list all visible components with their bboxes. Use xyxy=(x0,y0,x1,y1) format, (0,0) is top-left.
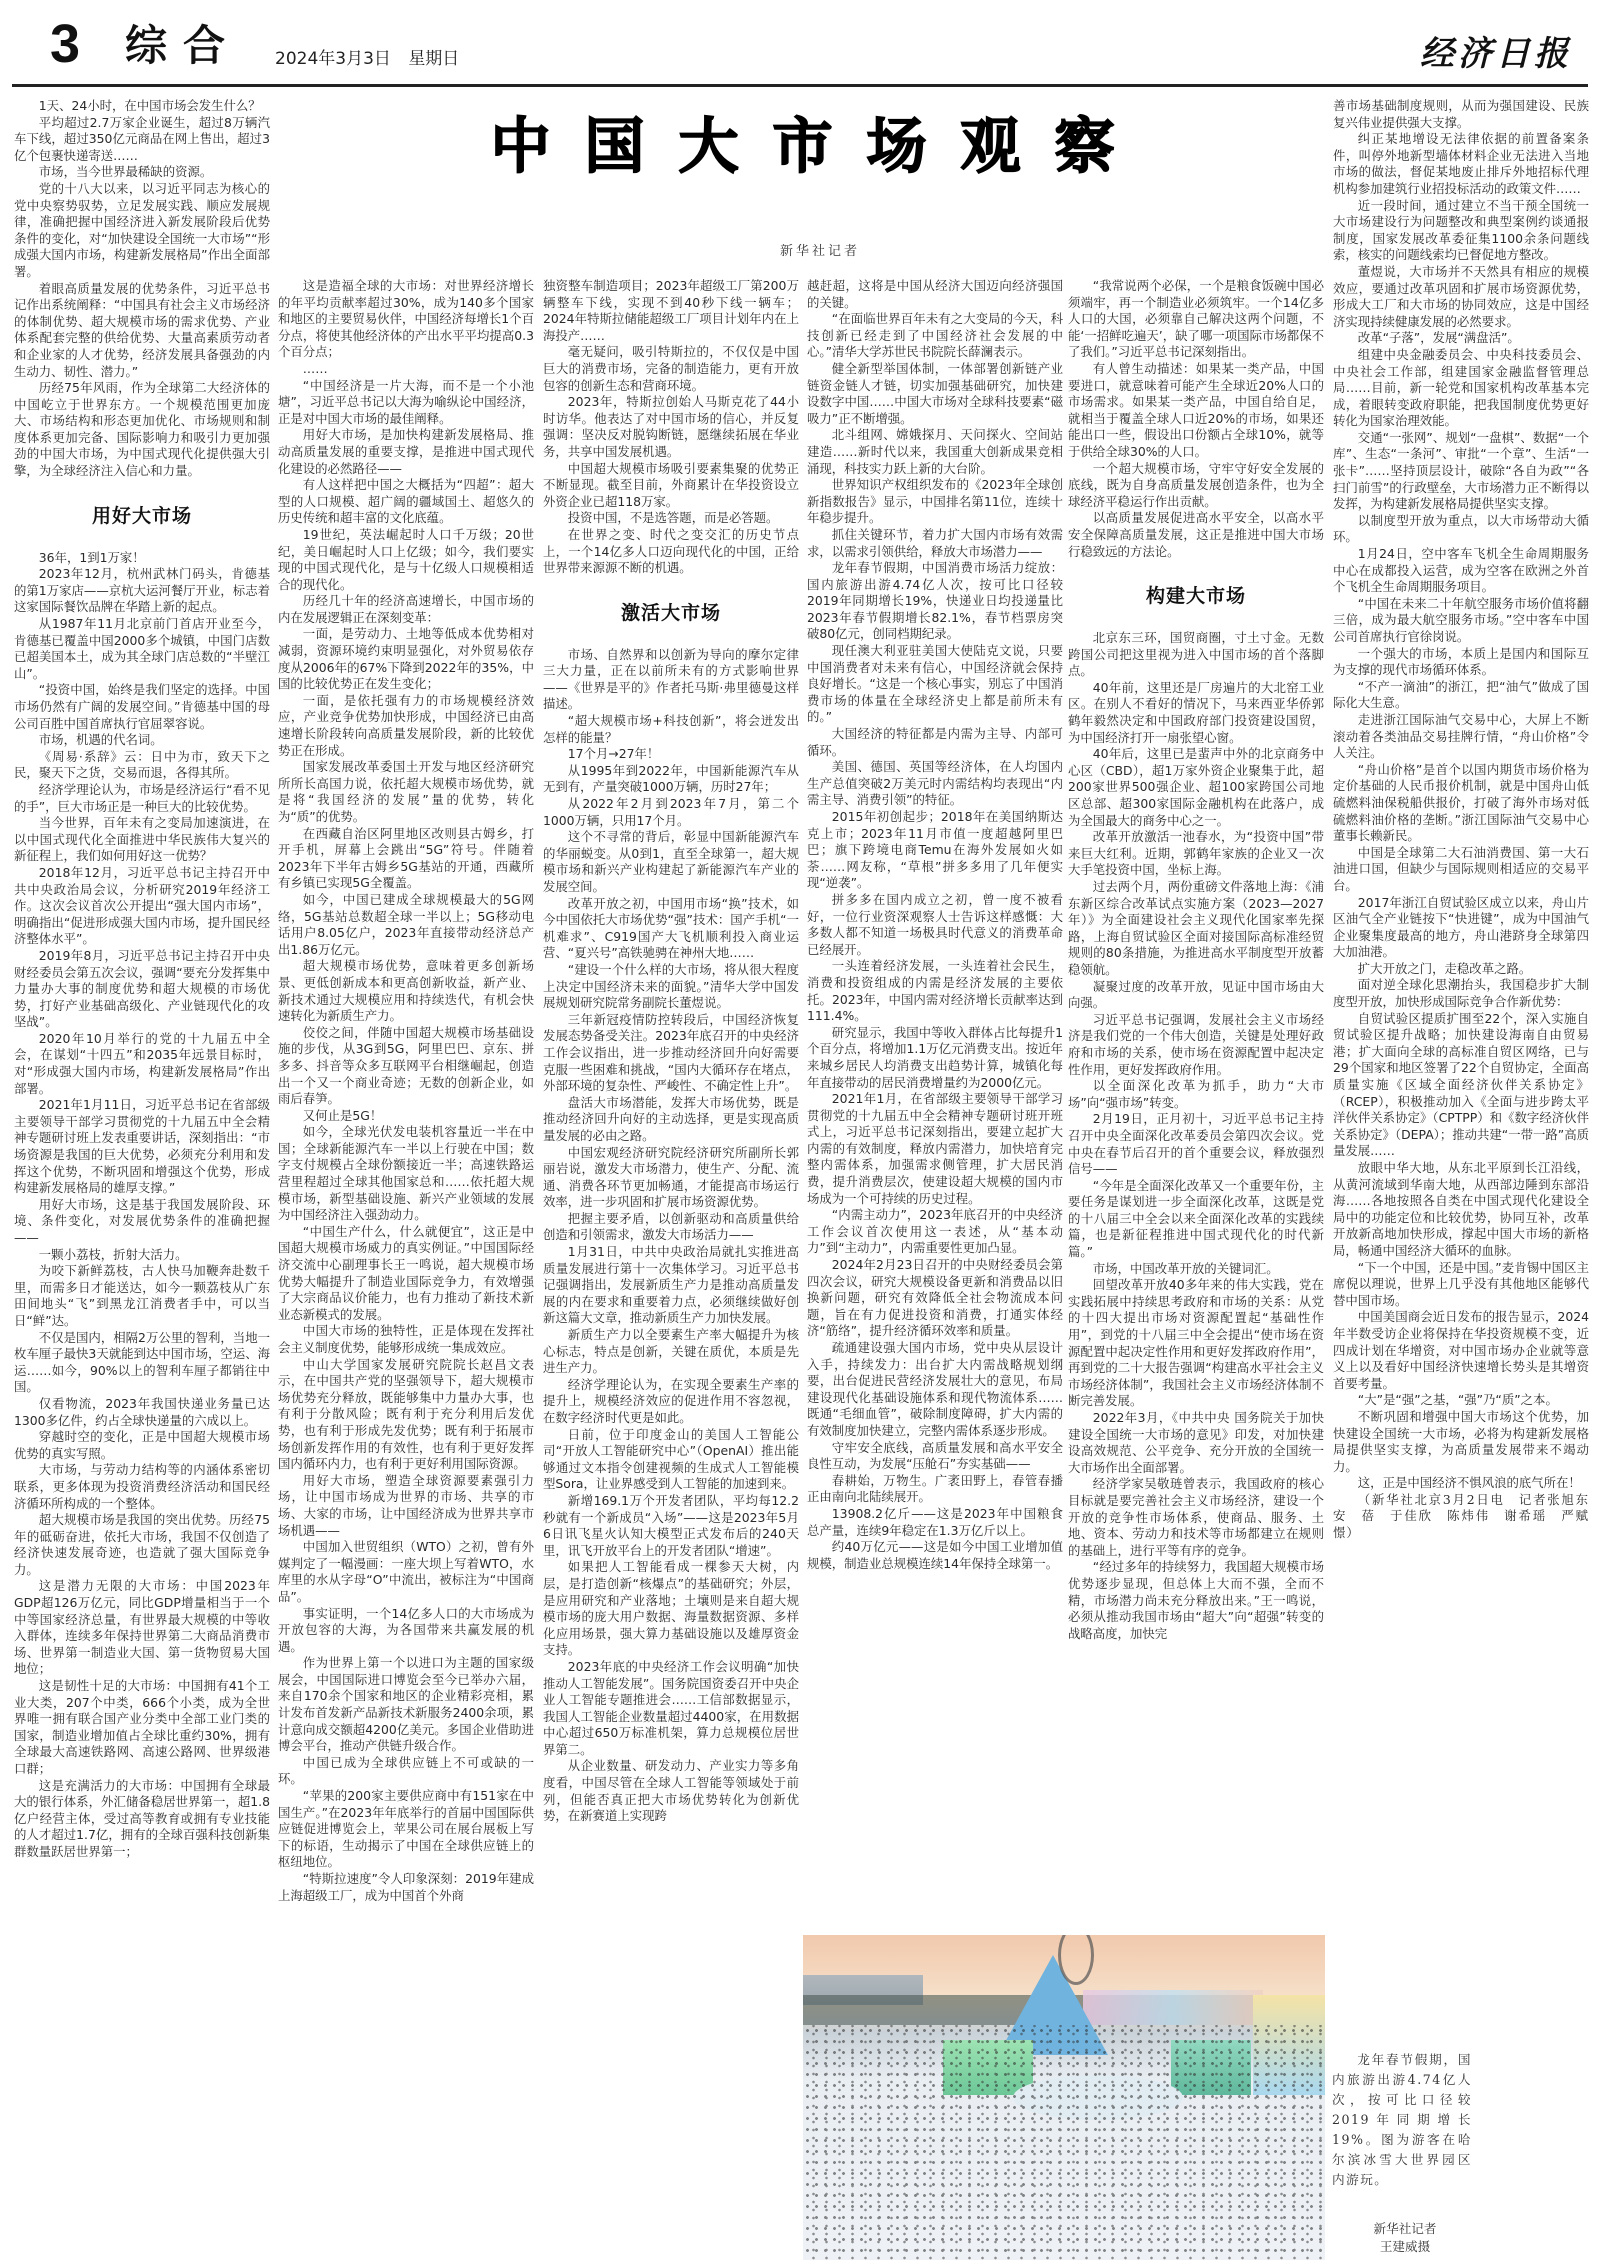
paragraph: 春耕始，万物生。广袤田野上，春管春播正由南向北陆续展开。 xyxy=(807,1473,1063,1506)
section-subhead: 用好大市场 xyxy=(14,502,270,530)
article-column-6: 善市场基础制度规则，从而为强国建设、民族复兴伟业提供强大支撑。纠正某地增设无法律… xyxy=(1333,98,1589,1928)
paragraph: “中国经济是一片大海，而不是一个小池塘”，习近平总书记以大海为喻纵论中国经济，正… xyxy=(278,378,534,428)
paragraph: 以全面深化改革为抓手，助力“大市场”向“强市场”转变。 xyxy=(1068,1078,1324,1111)
paragraph: 2020年10月举行的党的十九届五中全会，在谋划“十四五”和2035年远景目标时… xyxy=(14,1031,270,1097)
paragraph: 把握主要矛盾，以创新驱动和高质量供给创造和引领需求，激发大市场活力—— xyxy=(543,1211,799,1244)
paragraph: 市场，机遇的代名词。 xyxy=(14,732,270,749)
paragraph: 走进浙江国际油气交易中心，大屏上不断滚动着各类油品交易挂牌行情，“舟山价格”令人… xyxy=(1333,712,1589,762)
paragraph: 过去两个月，两份重磅文件落地上海：《浦东新区综合改革试点实施方案（2023—20… xyxy=(1068,879,1324,979)
paragraph: 2023年，特斯拉创始人马斯克花了44小时访华。他表达了对中国市场的信心，并反复… xyxy=(543,394,799,460)
paragraph: 北京东三环，国贸商圈，寸土寸金。无数跨国公司把这里视为进入中国市场的首个落脚点。 xyxy=(1068,630,1324,680)
paragraph: 1月24日，空中客车飞机全生命周期服务中心在成都投入运营，成为空客在欧洲之外首个… xyxy=(1333,546,1589,596)
paragraph: 这是造福全球的大市场：对世界经济增长的年平均贡献率超过30%，成为140多个国家… xyxy=(278,278,534,361)
paragraph: 着眼高质量发展的优势条件，习近平总书记作出系统阐释：“中国具有社会主义市场经济的… xyxy=(14,281,270,381)
paragraph: 抓住关键环节，着力扩大国内市场有效需求，以需求引领供给，释放大市场潜力—— xyxy=(807,527,1063,560)
paragraph: 1月31日，中共中央政治局就扎实推进高质量发展进行第十一次集体学习。习近平总书记… xyxy=(543,1244,799,1327)
paragraph: “舟山价格”是首个以国内期货市场价格为定价基础的人民币报价机制，就是中国舟山低硫… xyxy=(1333,762,1589,845)
dateline: （新华社北京3月2日电 记者张旭东 安 蓓 于佳欣 陈炜伟 谢希瑶 严赋憬） xyxy=(1333,1492,1589,1542)
paragraph: 改革“子落”，发展“满盘活”。 xyxy=(1333,330,1589,347)
paragraph: 如今，全球光伏发电装机容量近一半在中国；全球新能源汽车一半以上行驶在中国；数字支… xyxy=(278,1124,534,1224)
paragraph: 2021年1月11日，习近平总书记在省部级主要领导干部学习贯彻党的十九届五中全会… xyxy=(14,1097,270,1197)
paragraph: 这是韧性十足的大市场：中国拥有41个工业大类，207个中类，666个小类，成为全… xyxy=(14,1678,270,1778)
paragraph: 凝聚过度的改革开放，见证中国市场由大向强。 xyxy=(1068,979,1324,1012)
paragraph: 2023年12月，杭州武林门码头，肯德基的第1万家店——京杭大运河餐厅开业，标志… xyxy=(14,566,270,616)
masthead: 3 综合 2024年3月3日 星期日 经济日报 xyxy=(0,0,1600,84)
paragraph: 三年新冠疫情防控转段后，中国经济恢复发展态势备受关注。2023年底召开的中央经济… xyxy=(543,1012,799,1095)
article-column-3: 独资整车制造项目；2023年超级工厂第200万辆整车下线，实现不到40秒下线一辆… xyxy=(543,278,799,2263)
paragraph: 从2022年2月到2023年7月，第二个1000万辆，只用17个月。 xyxy=(543,796,799,829)
paragraph: 一面，是依托强有力的市场规模经济效应，产业竞争优势加快形成，中国经济已由高速增长… xyxy=(278,693,534,759)
paragraph: 独资整车制造项目；2023年超级工厂第200万辆整车下线，实现不到40秒下线一辆… xyxy=(543,278,799,344)
paragraph: 疏通建设强大国内市场，党中央从层设计入手，持续发力：出台扩大内需战略规划纲要，出… xyxy=(807,1340,1063,1440)
paragraph: 17个月→27年！ xyxy=(543,746,799,763)
paragraph: 毫无疑问，吸引特斯拉的，不仅仅是中国巨大的消费市场，完备的制造能力，更有开放包容… xyxy=(543,344,799,394)
paragraph: “中国在未来二十年航空服务市场价值将翻三倍，成为最大航空服务市场。”空中客车中国… xyxy=(1333,596,1589,646)
article-column-4: 越赶超，这将是中国从经济大国迈向经济强国的关键。“在面临世界百年未有之大变局的今… xyxy=(807,278,1063,1928)
byline: 新华社记者 xyxy=(640,240,1000,259)
section-subhead: 构建大市场 xyxy=(1068,582,1324,610)
paragraph: 交通“一张网”、规划“一盘棋”、数据“一个库”、生态“一条河”、审批“一个章”、… xyxy=(1333,430,1589,513)
paragraph: “下一个中国，还是中国。”麦肯锡中国区主席倪以理说，世界上几乎没有其他地区能够代… xyxy=(1333,1260,1589,1310)
paragraph: 市场，当今世界最稀缺的资源。 xyxy=(14,164,270,181)
paragraph: “中国生产什么，什么就便宜”，这正是中国超大规模市场威力的真实例证。”中国国际经… xyxy=(278,1224,534,1324)
paragraph: 不仅是国内，相隔2万公里的智利，当地一枚车厘子最快3天就能到达中国市场，空运、海… xyxy=(14,1330,270,1396)
paragraph: 平均超过2.7万家企业诞生，超过8万辆汽车下线，超过350亿元商品在网上售出，超… xyxy=(14,115,270,165)
paragraph: 在世界之变、时代之变交汇的历史节点上，一个14亿多人口迈向现代化的中国，正给世界… xyxy=(543,527,799,577)
paragraph: 2024年2月23日召开的中央财经委员会第四次会议，研究大规模设备更新和消费品以… xyxy=(807,1257,1063,1340)
photo-credit-name: 王建威摄 xyxy=(1340,2238,1470,2256)
paragraph: 2023年底的中央经济工作会议明确“加快推动人工智能发展”。国务院国资委召开中央… xyxy=(543,1659,799,1759)
paragraph: 又何止是5G！ xyxy=(278,1108,534,1125)
paragraph: 北斗组网、嫦娥探月、天问探火、空间站建造……新时代以来，我国重大创新成果竞相涌现… xyxy=(807,427,1063,477)
photo-caption-text: 龙年春节假期，国内旅游出游4.74亿人次，按可比口径较2019年同期增长19%。… xyxy=(1332,2050,1472,2190)
paragraph: “我常说两个必保，一个是粮食饭碗中国必须端牢，再一个制造业必须筑牢。一个14亿多… xyxy=(1068,278,1324,361)
masthead-rule xyxy=(12,84,1588,87)
paragraph: 面对逆全球化思潮抬头，我国稳步扩大制度型开放，加快形成国际竞争合作新优势： xyxy=(1333,977,1589,1010)
paragraph: 研究显示，我国中等收入群体占比每提升1个百分点，将增加1.1万亿元消费支出。按近… xyxy=(807,1025,1063,1091)
paragraph: 这是充满活力的大市场：中国拥有全球最大的银行体系，外汇储备稳居世界第一，超1.8… xyxy=(14,1778,270,1861)
paragraph: 有人这样把中国之大概括为“四超”：超大型的人口规模、超广阔的疆域国土、超悠久的历… xyxy=(278,477,534,527)
paragraph: 中国大市场的独特性，正是体现在发挥社会主义制度优势，能够形成统一集成效应。 xyxy=(278,1323,534,1356)
paragraph: 佼佼之间，伴随中国超大规模市场基础设施的步伐，从3G到5G，阿里巴巴、京东、拼多… xyxy=(278,1025,534,1108)
paragraph: 现任澳大利亚驻美国大使陆克文说，只要中国消费者对未来有信心，中国经济就会保持良好… xyxy=(807,643,1063,726)
paragraph: 如今，中国已建成全球规模最大的5G网络，5G基站总数超全球一半以上；5G移动电话… xyxy=(278,892,534,958)
paragraph: 一个超大规模市场，守牢守好安全发展的底线，既为自身高质量发展创造条件，也为全球经… xyxy=(1068,461,1324,511)
paragraph: 改革开放之初，中国用市场“换”技术，如今中国依托大市场优势“强”技术：国产手机“… xyxy=(543,896,799,962)
paragraph: 新质生产力以全要素生产率大幅提升为核心标志，特点是创新，关键在质优，本质是先进生… xyxy=(543,1327,799,1377)
paragraph: 这是潜力无限的大市场：中国2023年GDP超126万亿元，同比GDP增量相当于一… xyxy=(14,1578,270,1678)
paragraph: 扩大开放之门，走稳改革之路。 xyxy=(1333,961,1589,978)
paragraph: 2月19日，正月初十，习近平总书记主持召开中央全面深化改革委员会第四次会议。党中… xyxy=(1068,1111,1324,1177)
headline-text: 中国大市场观察 xyxy=(280,92,1325,202)
paragraph: 超大规模市场是我国的突出优势。历经75年的砥砺奋进，依托大市场，我国不仅创造了经… xyxy=(14,1512,270,1578)
paragraph: 中国宏观经济研究院经济研究所副所长郭丽岩说，激发大市场潜力，使生产、分配、流通、… xyxy=(543,1145,799,1211)
article-column-5: “我常说两个必保，一个是粮食饭碗中国必须端牢，再一个制造业必须筑牢。一个14亿多… xyxy=(1068,278,1324,1928)
paragraph: 19世纪，英法崛起时人口千万级；20世纪，美日崛起时人口上亿级；如今，我们要实现… xyxy=(278,527,534,593)
section-name: 综合 xyxy=(125,18,241,74)
paragraph: 2022年3月，《中共中央 国务院关于加快建设全国统一大市场的意见》印发，对加快… xyxy=(1068,1410,1324,1476)
paragraph: 用好大市场，是加快构建新发展格局、推动高质量发展的重要支撑，是推进中国式现代化建… xyxy=(278,427,534,477)
paragraph: 市场、自然界和以创新为导向的摩尔定律三大力量，正在以前所未有的方式影响世界——《… xyxy=(543,647,799,713)
paragraph: 中山大学国家发展研究院院长赵昌文表示，在中国共产党的坚强领导下，超大规模市场优势… xyxy=(278,1357,534,1473)
paragraph: 用好大市场，塑造全球资源要素强引力场，让中国市场成为世界的市场、共享的市场、大家… xyxy=(278,1473,534,1539)
paragraph: 这，正是中国经济不惧风浪的底气所在！ xyxy=(1333,1475,1589,1492)
paper-logo: 经济日报 xyxy=(1420,26,1572,75)
paragraph: 作为世界上第一个以进口为主题的国家级展会，中国国际进口博览会至今已举办六届，来自… xyxy=(278,1655,534,1755)
paragraph: 一个强大的市场，本质上是国内和国际互为支撑的现代市场循环体系。 xyxy=(1333,646,1589,679)
paragraph: 中国超大规模市场吸引要素集聚的优势正不断显现。截至目前，外商累计在华投资设立外资… xyxy=(543,461,799,511)
photo-ice-buildings xyxy=(1083,1990,1263,2025)
paragraph: 董煜说，大市场并不天然具有相应的规模效应，要通过改革巩固和扩展市场资源优势，形成… xyxy=(1333,264,1589,330)
paragraph: 日前，位于印度金山的美国人工智能公司“开放人工智能研究中心”（OpenAI）推出… xyxy=(543,1427,799,1493)
paragraph: 以制度型开放为重点，以大市场带动大循环。 xyxy=(1333,513,1589,546)
paragraph: 在西藏自治区阿里地区改则县古姆乡，打开手机，屏幕上会跳出“5G”符号。伴随着20… xyxy=(278,826,534,892)
paragraph: 2015年初创起步；2018年在美国纳斯达克上市；2023年11月市值一度超越阿… xyxy=(807,809,1063,892)
paragraph: 约40万亿元——这是如今中国工业增加值规模，制造业总规模连续14年保持全球第一。 xyxy=(807,1539,1063,1572)
paragraph: 世界知识产权组织发布的《2023年全球创新指数报告》显示，中国排名第11位，连续… xyxy=(807,477,1063,527)
photo-crowd xyxy=(803,2025,1325,2260)
date-line: 2024年3月3日 星期日 xyxy=(275,44,459,69)
paragraph: “内需主动力”，2023年底召开的中央经济工作会议首次使用这一表述，从“基本动力… xyxy=(807,1207,1063,1257)
photo-credit: 新华社记者 王建威摄 xyxy=(1340,2220,1470,2256)
paragraph: 中国是全球第二大石油消费国、第一大石油进口国，但缺少与国际规则相适应的交易平台。 xyxy=(1333,845,1589,895)
paragraph: “经过多年的持续努力，我国超大规模市场优势逐步显现，但总体上大而不强，全而不精，… xyxy=(1068,1559,1324,1642)
paragraph: 盘活大市场潜能，发挥大市场优势，既是推动经济回升向好的主动选择，更是实现高质量发… xyxy=(543,1095,799,1145)
paragraph: 从1995年到2022年，中国新能源汽车从无到有，产量突破1000万辆，历时27… xyxy=(543,763,799,796)
paragraph: “苹果的200家主要供应商中有151家在中国生产。”在2023年年底举行的首届中… xyxy=(278,1788,534,1871)
harbin-ice-festival-photo xyxy=(803,1935,1325,2260)
paragraph: 2021年1月，在省部级主要领导干部学习贯彻党的十九届五中全会精神专题研讨班开班… xyxy=(807,1091,1063,1207)
headline: 中国大市场观察 xyxy=(280,92,1325,212)
paragraph: 拼多多在国内成立之初，曾一度不被看好，一位行业资深观察人士告诉这样感慨：大多数人… xyxy=(807,892,1063,958)
paragraph: 历经几十年的经济高速增长，中国市场的内在发展逻辑正在深刻变革： xyxy=(278,593,534,626)
paragraph: 如果把人工智能看成一棵参天大树，内层，是打造创新“核爆点”的基础研究；外层，是应… xyxy=(543,1559,799,1659)
paragraph: “今年是全面深化改革又一个重要年份，主要任务是谋划进一步全面深化改革，这既是党的… xyxy=(1068,1178,1324,1261)
paragraph: 习近平总书记强调，发展社会主义市场经济是我们党的一个伟大创造，关键是处理好政府和… xyxy=(1068,1012,1324,1078)
article-column-1: 1天、24小时，在中国市场会发生什么？平均超过2.7万家企业诞生，超过8万辆汽车… xyxy=(14,98,270,2263)
paragraph: 龙年春节假期，中国消费市场活力绽放：国内旅游出游4.74亿人次，按可比口径较20… xyxy=(807,560,1063,643)
paragraph: “特斯拉速度”令人印象深刻：2019年建成上海超级工厂，成为中国首个外商 xyxy=(278,1871,534,1904)
paragraph: 40年后，这里已是蜚声中外的北京商务中心区（CBD），超1万家外资企业聚集于此，… xyxy=(1068,746,1324,829)
section-subhead: 激活大市场 xyxy=(543,599,799,627)
paragraph: 《周易·系辞》云：日中为市，致天下之民，聚天下之货，交易而退，各得其所。 xyxy=(14,749,270,782)
paragraph: 健全新型举国体制，一体部署创新链产业链资金链人才链，切实加强基础研究，加快建设数… xyxy=(807,361,1063,427)
paragraph: …… xyxy=(278,361,534,378)
paragraph: 经济学理论认为，在实现全要素生产率的提升上，规模经济效应的促进作用不容忽视，在数… xyxy=(543,1377,799,1427)
paragraph: 经济学理论认为，市场是经济运行“看不见的手”，巨大市场正是一种巨大的比较优势。 xyxy=(14,782,270,815)
paragraph: 2018年12月，习近平总书记主持召开中共中央政治局会议，分析研究2019年经济… xyxy=(14,865,270,948)
paragraph: 有人曾生动描述：如果某一类产品，中国要进口，就意味着可能产生全球近20%人口的市… xyxy=(1068,361,1324,461)
paragraph: 为咬下新鲜荔枝，古人快马加鞭奔赴数千里，而需多日才能送达，如今一颗荔枝从广东田间… xyxy=(14,1263,270,1329)
paragraph: 近一段时间，通过建立不当干预全国统一大市场建设行为问题整改和典型案例约谈通报制度… xyxy=(1333,198,1589,264)
paragraph: 中国加入世贸组织（WTO）之初，曾有外媒判定了一幅漫画：一座大坝上写着WTO，水… xyxy=(278,1539,534,1605)
paragraph: 历经75年风雨，作为全球第二大经济体的中国屹立于世界东方。一个规模范围更加庞大、… xyxy=(14,380,270,480)
paragraph: 经济学家吴敬琏曾表示，我国政府的核心目标就是要完善社会主义市场经济，建设一个开放… xyxy=(1068,1476,1324,1559)
article-column-2: 这是造福全球的大市场：对世界经济增长的年平均贡献率超过30%，成为140多个国家… xyxy=(278,278,534,2263)
paragraph: 新增169.1万个开发者团队，平均每12.2秒就有一个新成员“入场”——这是20… xyxy=(543,1493,799,1559)
paragraph: “建设一个什么样的大市场，将从很大程度上决定中国经济未来的面貌。”清华大学中国发… xyxy=(543,962,799,1012)
paragraph: 从企业数量、研发动力、产业实力等多角度看，中国尽管在全球人工智能等领域处于前列，… xyxy=(543,1758,799,1824)
paragraph: 放眼中华大地，从东北平原到长江沿线，从黄河流域到华南大地，从西部边陲到东部沿海…… xyxy=(1333,1160,1589,1260)
paragraph: 以高质量发展促进高水平安全，以高水平安全保障高质量发展，这正是推进中国大市场行稳… xyxy=(1068,510,1324,560)
paragraph: “大”是“强”之基，“强”乃“质”之本。 xyxy=(1333,1392,1589,1409)
paragraph: 回望改革开放40多年来的伟大实践，党在实践拓展中持续思考政府和市场的关系：从党的… xyxy=(1068,1277,1324,1410)
paragraph: 大市场，与劳动力结构等的内涵体系密切联系，更多体现为投资消费经济活动和国民经济循… xyxy=(14,1462,270,1512)
paragraph: 纠正某地增设无法律依据的前置备案条件，叫停外地新型墙体材料企业无法进入当地市场的… xyxy=(1333,131,1589,197)
paragraph: 2017年浙江自贸试验区成立以来，舟山片区油气全产业链按下“快进键”，成为中国油… xyxy=(1333,895,1589,961)
paragraph: 1天、24小时，在中国市场会发生什么？ xyxy=(14,98,270,115)
paragraph: 2019年8月，习近平总书记主持召开中央财经委员会第五次会议，强调“要充分发挥集… xyxy=(14,948,270,1031)
paragraph: 越赶超，这将是中国从经济大国迈向经济强国的关键。 xyxy=(807,278,1063,311)
paragraph: 美国、德国、英国等经济体，在人均国内生产总值突破2万美元时内需结构均表现出“内需… xyxy=(807,759,1063,809)
paragraph: 不断巩固和增强中国大市场这个优势，加快建设全国统一大市场，必将为构建新发展格局提… xyxy=(1333,1409,1589,1475)
paragraph: 从1987年11月北京前门首店开业至今，肯德基已覆盖中国2000多个城镇，中国门… xyxy=(14,616,270,682)
paragraph: “投资中国，始终是我们坚定的选择。中国市场仍然有广阔的发展空间。”肯德基中国的母… xyxy=(14,682,270,732)
paragraph: 改革开放激活一池春水，为“投资中国”带来巨大红利。近期，郭鹤年家族的企业又一次大… xyxy=(1068,829,1324,879)
paragraph: 市场，中国改革开放的关键词汇。 xyxy=(1068,1261,1324,1278)
paragraph: 守牢安全底线，高质量发展和高水平安全良性互动，为发展“压舱石”夯实基础—— xyxy=(807,1440,1063,1473)
photo-caption: 龙年春节假期，国内旅游出游4.74亿人次，按可比口径较2019年同期增长19%。… xyxy=(1332,2050,1472,2190)
paragraph: 一面，是劳动力、土地等低成本优势相对减弱，资源环境约束明显强化，对外贸易依存度从… xyxy=(278,626,534,692)
paragraph: 国家发展改革委国土开发与地区经济研究所所长高国力说，依托超大规模市场优势，就是将… xyxy=(278,759,534,825)
paragraph: 中国美国商会近日发布的报告显示，2024年半数受访企业将保持在华投资规模不变，近… xyxy=(1333,1309,1589,1392)
paragraph: 自贸试验区提质扩围至22个，深入实施自贸试验区提升战略；加快建设海南自由贸易港；… xyxy=(1333,1011,1589,1160)
paragraph: 善市场基础制度规则，从而为强国建设、民族复兴伟业提供强大支撑。 xyxy=(1333,98,1589,131)
paragraph: 仅看物流，2023年我国快递业务量已达1300多亿件，约占全球快递量的六成以上。 xyxy=(14,1396,270,1429)
paragraph: “在面临世界百年未有之大变局的今天，科技创新已经走到了中国经济社会发展的中心。”… xyxy=(807,311,1063,361)
paragraph: 党的十八大以来，以习近平同志为核心的党中央察势驭势，立足发展实践、顺应发展规律，… xyxy=(14,181,270,281)
paragraph: 13908.2亿斤——这是2023年中国粮食总产量，连续9年稳定在1.3万亿斤以… xyxy=(807,1506,1063,1539)
paragraph: 投资中国，不是选答题，而是必答题。 xyxy=(543,510,799,527)
photo-credit-agency: 新华社记者 xyxy=(1340,2220,1470,2238)
paragraph: 组建中央金融委员会、中央科技委员会、中央社会工作部，组建国家金融监督管理总局……… xyxy=(1333,347,1589,430)
paragraph: 大国经济的特征都是内需为主导、内部可循环。 xyxy=(807,726,1063,759)
paragraph: “超大规模市场+科技创新”，将会迸发出怎样的能量？ xyxy=(543,713,799,746)
paragraph: 36年，1到1万家！ xyxy=(14,550,270,567)
paragraph: “不产一滴油”的浙江，把“油气”做成了国际化大生意。 xyxy=(1333,679,1589,712)
paragraph: 超大规模市场优势，意味着更多创新场景、更低创新成本和更高创新收益，新产业、新技术… xyxy=(278,958,534,1024)
paragraph: 40年前，这里还是厂房遍片的大北窑工业区。在别人不看好的情况下，马来西亚华侨郭鹤… xyxy=(1068,680,1324,746)
issue-date: 2024年3月3日 xyxy=(275,49,391,69)
page-number: 3 xyxy=(50,14,80,74)
paragraph: 当今世界，百年未有之变局加速演进，在以中国式现代化全面推进中华民族伟大复兴的新征… xyxy=(14,815,270,865)
paragraph: 事实证明，一个14亿多人口的大市场成为开放包容的大海，为各国带来共赢发展的机遇。 xyxy=(278,1606,534,1656)
issue-weekday: 星期日 xyxy=(408,49,459,69)
paragraph: 一颗小荔枝，折射大活力。 xyxy=(14,1247,270,1264)
paragraph: 中国已成为全球供应链上不可或缺的一环。 xyxy=(278,1755,534,1788)
paragraph: 这个不寻常的背后，彰显中国新能源汽车的华丽蜕变。从0到1，直至全球第一，超大规模… xyxy=(543,829,799,895)
paragraph: 一头连着经济发展，一头连着社会民生，消费和投资组成的内需是经济发展的主要依托。2… xyxy=(807,958,1063,1024)
paragraph: 穿越时空的变化，正是中国超大规模市场优势的真实写照。 xyxy=(14,1429,270,1462)
paragraph: 用好大市场，这是基于我国发展阶段、环境、条件变化，对发展优势条件的准确把握—— xyxy=(14,1197,270,1247)
